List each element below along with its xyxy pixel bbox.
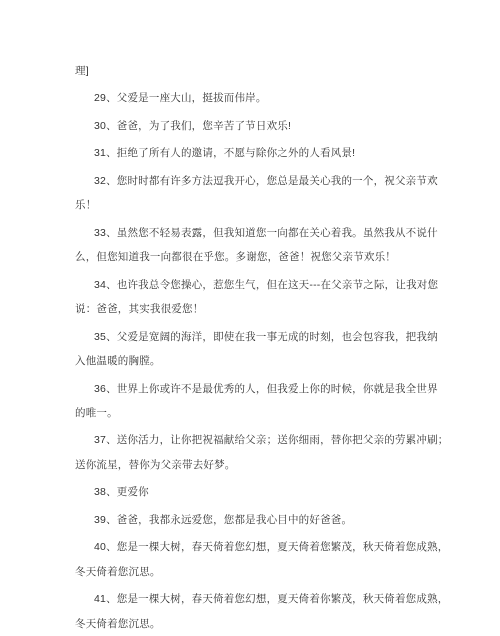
paragraph-line: 理] xyxy=(75,59,430,84)
article-body: 理]29、父爱是一座大山，挺拔而伟岸。30、爸爸，为了我们，您辛苦了节日欢乐!3… xyxy=(0,0,500,636)
paragraph-line: 么，但您知道我一向都很在乎您。多谢您，爸爸！祝您父亲节欢乐！ xyxy=(75,245,430,270)
paragraph-line: 30、爸爸，为了我们，您辛苦了节日欢乐! xyxy=(75,114,430,139)
paragraph-line: 32、您时时都有许多方法逗我开心，您总是最关心我的一个，祝父亲节欢 xyxy=(75,169,430,194)
paragraph: 37、送你活力，让你把祝福献给父亲；送你细雨，替你把父亲的劳累冲刷；送你流星，替… xyxy=(75,428,430,477)
paragraph-line: 乐！ xyxy=(75,193,430,218)
paragraph-line: 送你流星，替你为父亲带去好梦。 xyxy=(75,453,430,478)
paragraph: 36、世界上你或许不是最优秀的人，但我爱上你的时候，你就是我全世界的唯一。 xyxy=(75,377,430,426)
paragraph: 32、您时时都有许多方法逗我开心，您总是最关心我的一个，祝父亲节欢乐！ xyxy=(75,169,430,218)
paragraph-line: 29、父爱是一座大山，挺拔而伟岸。 xyxy=(75,86,430,111)
paragraph: 33、虽然您不轻易表露，但我知道您一向都在关心着我。虽然我从不说什么，但您知道我… xyxy=(75,221,430,270)
paragraph-line: 37、送你活力，让你把祝福献给父亲；送你细雨，替你把父亲的劳累冲刷； xyxy=(75,428,430,453)
paragraph: 38、更爱你 xyxy=(75,480,430,505)
paragraph: 41、您是一棵大树，春天倚着您幻想，夏天倚着你繁茂，秋天倚着您成熟，冬天倚着您沉… xyxy=(75,587,430,636)
paragraph-line: 的唯一。 xyxy=(75,401,430,426)
paragraph-line: 冬天倚着您沉思。 xyxy=(75,560,430,585)
paragraph: 39、爸爸，我都永远爱您，您都是我心目中的好爸爸。 xyxy=(75,508,430,533)
paragraph-line: 入他温暖的胸膛。 xyxy=(75,349,430,374)
paragraph-line: 41、您是一棵大树，春天倚着您幻想，夏天倚着你繁茂，秋天倚着您成熟， xyxy=(75,587,430,612)
paragraph-line: 39、爸爸，我都永远爱您，您都是我心目中的好爸爸。 xyxy=(75,508,430,533)
paragraph-line: 34、也许我总令您操心，惹您生气，但在这天---在父亲节之际，让我对您 xyxy=(75,273,430,298)
document-page: 理]29、父爱是一座大山，挺拔而伟岸。30、爸爸，为了我们，您辛苦了节日欢乐!3… xyxy=(0,0,500,636)
paragraph: 35、父爱是宽阔的海洋，即使在我一事无成的时刻，也会包容我，把我纳入他温暖的胸膛… xyxy=(75,325,430,374)
paragraph-line: 35、父爱是宽阔的海洋，即使在我一事无成的时刻，也会包容我，把我纳 xyxy=(75,325,430,350)
paragraph: 31、拒绝了所有人的邀请，不愿与除你之外的人看风景! xyxy=(75,141,430,166)
paragraph: 理] xyxy=(75,59,430,84)
paragraph-line: 38、更爱你 xyxy=(75,480,430,505)
paragraph-line: 说：爸爸，其实我很爱您！ xyxy=(75,297,430,322)
paragraph: 29、父爱是一座大山，挺拔而伟岸。 xyxy=(75,86,430,111)
paragraph-line: 冬天倚着您沉思。 xyxy=(75,612,430,636)
paragraph-line: 33、虽然您不轻易表露，但我知道您一向都在关心着我。虽然我从不说什 xyxy=(75,221,430,246)
paragraph: 34、也许我总令您操心，惹您生气，但在这天---在父亲节之际，让我对您说：爸爸，… xyxy=(75,273,430,322)
paragraph: 40、您是一棵大树，春天倚着您幻想，夏天倚着您繁茂，秋天倚着您成熟，冬天倚着您沉… xyxy=(75,535,430,584)
paragraph-line: 40、您是一棵大树，春天倚着您幻想，夏天倚着您繁茂，秋天倚着您成熟， xyxy=(75,535,430,560)
paragraph: 30、爸爸，为了我们，您辛苦了节日欢乐! xyxy=(75,114,430,139)
paragraph-line: 36、世界上你或许不是最优秀的人，但我爱上你的时候，你就是我全世界 xyxy=(75,377,430,402)
paragraph-line: 31、拒绝了所有人的邀请，不愿与除你之外的人看风景! xyxy=(75,141,430,166)
